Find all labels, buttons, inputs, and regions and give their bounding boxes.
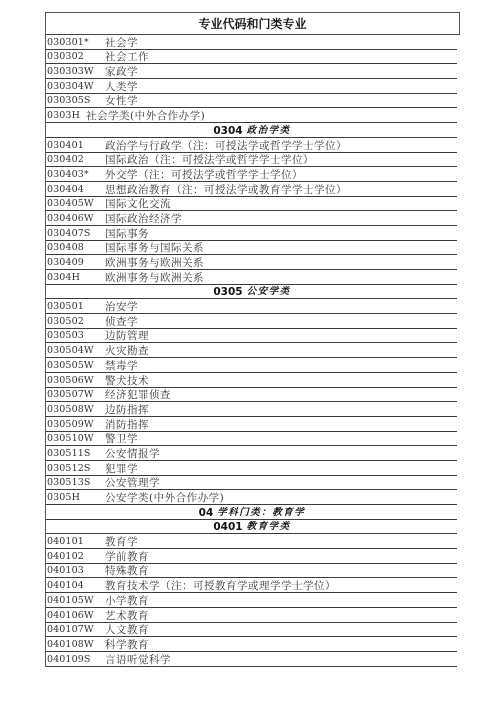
major-code: 040109S	[47, 654, 105, 666]
table-row: 030403*外交学（注：可授法学或哲学学士学位）	[46, 167, 457, 182]
major-code: 030512S	[47, 463, 105, 475]
major-code: 030303W	[47, 66, 105, 78]
major-name: 教育学	[105, 536, 138, 548]
table-row: 040102学前教育	[46, 549, 457, 564]
table-row: 030504W火灾勘查	[46, 343, 457, 358]
major-name: 火灾勘查	[105, 345, 149, 357]
major-name: 治安学	[105, 301, 138, 313]
table-row: 030402国际政治（注：可授法学或哲学学士学位）	[46, 153, 457, 168]
major-name: 公安管理学	[105, 477, 160, 489]
major-name: 言语听觉科学	[105, 654, 171, 666]
major-name: 外交学（注：可授法学或哲学学士学位）	[105, 169, 303, 181]
major-name: 消防指挥	[105, 419, 149, 431]
table-row: 030508W边防指挥	[46, 402, 457, 417]
table-row: 0305H公安学类(中外合作办学)	[46, 490, 457, 505]
table-row: 030302社会工作	[46, 50, 457, 65]
major-name: 国际事务与国际关系	[105, 242, 204, 254]
major-code: 040101	[47, 536, 105, 548]
major-name: 侦查学	[105, 316, 138, 328]
major-name: 思想政治教育（注：可授法学或教育学学士学位）	[105, 184, 347, 196]
section-header-row: 0401教育学类	[46, 520, 457, 535]
major-code: 030506W	[47, 375, 105, 387]
major-name: 国际政治经济学	[105, 213, 182, 225]
table-row: 030406W国际政治经济学	[46, 211, 457, 226]
major-code: 030302	[47, 51, 105, 63]
major-code: 030504W	[47, 345, 105, 357]
major-code: 030408	[47, 242, 105, 254]
table-row: 030407S国际事务	[46, 226, 457, 241]
major-name: 人文教育	[105, 624, 149, 636]
section-header-row: 0304政治学类	[46, 123, 457, 138]
major-code: 0305H	[47, 492, 105, 504]
table-row: 030303W家政学	[46, 64, 457, 79]
table-row: 040103特殊教育	[46, 564, 457, 579]
major-name: 国际事务	[105, 228, 149, 240]
major-code-table: 专业代码和门类专业 030301*社会学030302社会工作030303W家政学…	[45, 12, 460, 667]
major-code: 040106W	[47, 610, 105, 622]
major-code: 030404	[47, 184, 105, 196]
major-name: 犯罪学	[105, 463, 138, 475]
table-row: 030404思想政治教育（注：可授法学或教育学学士学位）	[46, 182, 457, 197]
major-name: 欧洲事务与欧洲关系	[105, 257, 204, 269]
major-name: 科学教育	[105, 639, 149, 651]
table-row: 040106W艺术教育	[46, 608, 457, 623]
table-rows: 030301*社会学030302社会工作030303W家政学030304W人类学…	[45, 35, 457, 667]
major-code: 0304H	[47, 272, 105, 284]
major-code: 040102	[47, 551, 105, 563]
major-name: 特殊教育	[105, 565, 149, 577]
section-name: 公安学类	[247, 286, 291, 298]
major-code: 030402	[47, 154, 105, 166]
table-row: 030401政治学与行政学（注：可授法学或哲学学士学位）	[46, 138, 457, 153]
major-code: 030511S	[47, 448, 105, 460]
major-code: 030509W	[47, 419, 105, 431]
major-name: 社会学类(中外合作办学)	[86, 110, 205, 122]
major-name: 国际政治（注：可授法学或哲学学士学位）	[105, 154, 314, 166]
major-name: 边防管理	[105, 330, 149, 342]
table-row: 040105W小学教育	[46, 593, 457, 608]
major-code: 040107W	[47, 624, 105, 636]
major-name: 社会学	[105, 37, 138, 49]
section-code: 0304	[213, 125, 242, 137]
major-code: 040103	[47, 565, 105, 577]
major-code: 030507W	[47, 389, 105, 401]
table-row: 030408国际事务与国际关系	[46, 241, 457, 256]
table-row: 030512S犯罪学	[46, 461, 457, 476]
section-header-row: 0305公安学类	[46, 285, 457, 300]
major-code: 030401	[47, 140, 105, 152]
major-code: 030501	[47, 301, 105, 313]
section-code: 04	[199, 507, 214, 519]
major-code: 040104	[47, 580, 105, 592]
major-name: 社会工作	[105, 51, 149, 63]
major-code: 030503	[47, 330, 105, 342]
table-row: 030506W警犬技术	[46, 373, 457, 388]
section-code: 0305	[213, 286, 242, 298]
major-code: 040108W	[47, 639, 105, 651]
major-code: 030305S	[47, 95, 105, 107]
table-row: 030509W消防指挥	[46, 417, 457, 432]
major-code: 030409	[47, 257, 105, 269]
major-name: 国际文化交流	[105, 198, 171, 210]
major-code: 030505W	[47, 360, 105, 372]
major-code: 030510W	[47, 433, 105, 445]
table-row: 030502侦查学	[46, 314, 457, 329]
major-code: 030403*	[47, 169, 105, 181]
major-name: 禁毒学	[105, 360, 138, 372]
table-row: 030510W警卫学	[46, 432, 457, 447]
table-row: 0303H社会学类(中外合作办学)	[46, 108, 457, 123]
major-name: 欧洲事务与欧洲关系	[105, 272, 204, 284]
table-row: 030505W禁毒学	[46, 358, 457, 373]
section-code: 0401	[213, 521, 242, 533]
table-row: 030513S公安管理学	[46, 476, 457, 491]
major-code: 030301*	[47, 37, 105, 49]
table-row: 030405W国际文化交流	[46, 197, 457, 212]
major-name: 艺术教育	[105, 610, 149, 622]
table-row: 030409欧洲事务与欧洲关系	[46, 255, 457, 270]
section-name: 学科门类：教育学	[217, 507, 305, 519]
major-code: 030406W	[47, 213, 105, 225]
major-code: 030508W	[47, 404, 105, 416]
table-row: 030503边防管理	[46, 329, 457, 344]
section-name: 教育学类	[247, 521, 291, 533]
table-row: 040108W科学教育	[46, 637, 457, 652]
table-row: 030511S公安情报学	[46, 446, 457, 461]
table-row: 030304W人类学	[46, 79, 457, 94]
major-name: 学前教育	[105, 551, 149, 563]
table-row: 030501治安学	[46, 299, 457, 314]
major-code: 040105W	[47, 595, 105, 607]
table-row: 040107W人文教育	[46, 623, 457, 638]
section-name: 政治学类	[247, 125, 291, 137]
major-name: 女性学	[105, 95, 138, 107]
table-row: 040104教育技术学（注：可授教育学或理学学士学位）	[46, 578, 457, 593]
major-name: 小学教育	[105, 595, 149, 607]
major-name: 边防指挥	[105, 404, 149, 416]
major-name: 政治学与行政学（注：可授法学或哲学学士学位）	[105, 140, 347, 152]
major-name: 人类学	[105, 81, 138, 93]
major-name: 公安情报学	[105, 448, 160, 460]
major-code: 030502	[47, 316, 105, 328]
major-name: 警犬技术	[105, 375, 149, 387]
major-code: 030405W	[47, 198, 105, 210]
major-name: 警卫学	[105, 433, 138, 445]
table-row: 030305S女性学	[46, 94, 457, 109]
major-code: 030407S	[47, 228, 105, 240]
table-title: 专业代码和门类专业	[45, 12, 460, 35]
major-name: 经济犯罪侦查	[105, 389, 171, 401]
major-code: 030304W	[47, 81, 105, 93]
table-row: 040101教育学	[46, 534, 457, 549]
table-row: 030507W经济犯罪侦查	[46, 388, 457, 403]
section-header-row: 04学科门类：教育学	[46, 505, 457, 520]
table-row: 030301*社会学	[46, 35, 457, 50]
major-code: 030513S	[47, 477, 105, 489]
major-name: 家政学	[105, 66, 138, 78]
table-row: 0304H欧洲事务与欧洲关系	[46, 270, 457, 285]
table-row: 040109S言语听觉科学	[46, 652, 457, 667]
major-name: 教育技术学（注：可授教育学或理学学士学位）	[105, 580, 336, 592]
major-code: 0303H	[47, 110, 80, 122]
major-name: 公安学类(中外合作办学)	[105, 492, 224, 504]
